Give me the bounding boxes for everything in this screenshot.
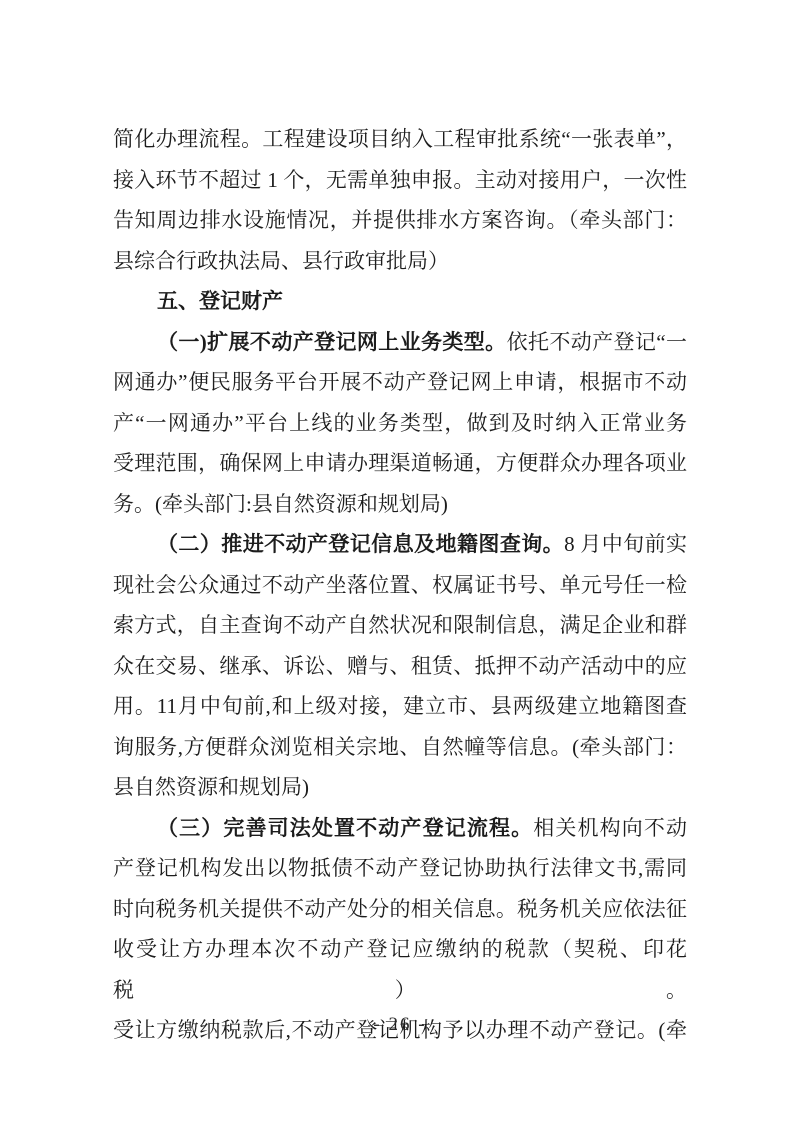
body-text: 询服务,方便群众浏览相关宗地、自然幢等信息。(牵头部门：	[113, 735, 687, 759]
body-text: 用。11月中旬前,和上级对接，建立市、县两级建立地籍图查	[113, 694, 687, 718]
body-text: 接入环节不超过 1 个，无需单独申报。主动对接用户，一次性	[113, 168, 687, 192]
body-text: 产“一网通办”平台上线的业务类型，做到及时纳入正常业务	[113, 411, 687, 435]
text-line: 产登记机构发出以物抵债不动产登记协助执行法律文书,需同	[113, 848, 687, 889]
text-line: 索方式，自主查询不动产自然状况和限制信息，满足企业和群	[113, 605, 687, 646]
document-page: 简化办理流程。工程建设项目纳入工程审批系统“一张表单”， 接入环节不超过 1 个…	[0, 0, 800, 1132]
text-line: 网通办”便民服务平台开展不动产登记网上申请，根据市不动	[113, 362, 687, 403]
body-text: 受理范围，确保网上申请办理渠道畅通，方便群众办理各项业	[113, 451, 687, 475]
body-text: 众在交易、继承、诉讼、赠与、租赁、抵押不动产活动中的应	[113, 654, 687, 678]
text-line: （二）推进不动产登记信息及地籍图查询。8 月中旬前实	[113, 524, 687, 565]
paragraph-lead-bold: （二）推进不动产登记信息及地籍图查询。	[157, 532, 564, 556]
text-line: （三）完善司法处置不动产登记流程。相关机构向不动	[113, 808, 687, 849]
body-text: 索方式，自主查询不动产自然状况和限制信息，满足企业和群	[113, 613, 687, 637]
text-line: 县自然资源和规划局)	[113, 767, 687, 808]
body-text: 8 月中旬前实	[564, 532, 687, 556]
document-body: 简化办理流程。工程建设项目纳入工程审批系统“一张表单”， 接入环节不超过 1 个…	[113, 119, 687, 1051]
body-text: 现社会公众通过不动产坐落位置、权属证书号、单元号任一检	[113, 573, 687, 597]
text-line: 县综合行政执法局、县行政审批局）	[113, 241, 687, 282]
text-line: （一)扩展不动产登记网上业务类型。依托不动产登记“一	[113, 322, 687, 363]
body-text: 网通办”便民服务平台开展不动产登记网上申请，根据市不动	[113, 370, 687, 394]
body-text: 县综合行政执法局、县行政审批局）	[113, 249, 449, 273]
body-text: 时向税务机关提供不动产处分的相关信息。税务机关应依法征	[113, 897, 687, 921]
body-text: 相关机构向不动	[533, 816, 687, 840]
text-line: 众在交易、继承、诉讼、赠与、租赁、抵押不动产活动中的应	[113, 646, 687, 687]
text-line: 告知周边排水设施情况，并提供排水方案咨询。（牵头部门：	[113, 200, 687, 241]
text-line: 接入环节不超过 1 个，无需单独申报。主动对接用户，一次性	[113, 160, 687, 201]
text-line: 简化办理流程。工程建设项目纳入工程审批系统“一张表单”，	[113, 119, 687, 160]
page-footer: - 26 -	[0, 1014, 800, 1036]
section-heading: 五、登记财产	[113, 281, 687, 322]
body-text: 告知周边排水设施情况，并提供排水方案咨询。（牵头部门：	[113, 208, 687, 232]
text-line: 收受让方办理本次不动产登记应缴纳的税款（契税、印花税）。	[113, 929, 687, 1010]
text-line: 用。11月中旬前,和上级对接，建立市、县两级建立地籍图查	[113, 686, 687, 727]
text-line: 产“一网通办”平台上线的业务类型，做到及时纳入正常业务	[113, 403, 687, 444]
text-line: 受理范围，确保网上申请办理渠道畅通，方便群众办理各项业	[113, 443, 687, 484]
page-number: - 26 -	[373, 1014, 426, 1035]
body-text: 依托不动产登记“一	[507, 330, 687, 354]
body-text: 务。(牵头部门:县自然资源和规划局)	[113, 492, 448, 516]
heading-text: 五、登记财产	[157, 289, 283, 313]
text-line: 务。(牵头部门:县自然资源和规划局)	[113, 484, 687, 525]
paragraph-lead-bold: （三）完善司法处置不动产登记流程。	[157, 816, 533, 840]
body-text: 简化办理流程。工程建设项目纳入工程审批系统“一张表单”，	[113, 127, 687, 151]
text-line: 时向税务机关提供不动产处分的相关信息。税务机关应依法征	[113, 889, 687, 930]
text-line: 现社会公众通过不动产坐落位置、权属证书号、单元号任一检	[113, 565, 687, 606]
body-text: 收受让方办理本次不动产登记应缴纳的税款（契税、印花税）。	[113, 937, 687, 1002]
body-text: 产登记机构发出以物抵债不动产登记协助执行法律文书,需同	[113, 856, 687, 880]
body-text: 县自然资源和规划局)	[113, 775, 309, 799]
text-line: 询服务,方便群众浏览相关宗地、自然幢等信息。(牵头部门：	[113, 727, 687, 768]
paragraph-lead-bold: （一)扩展不动产登记网上业务类型。	[157, 330, 507, 354]
